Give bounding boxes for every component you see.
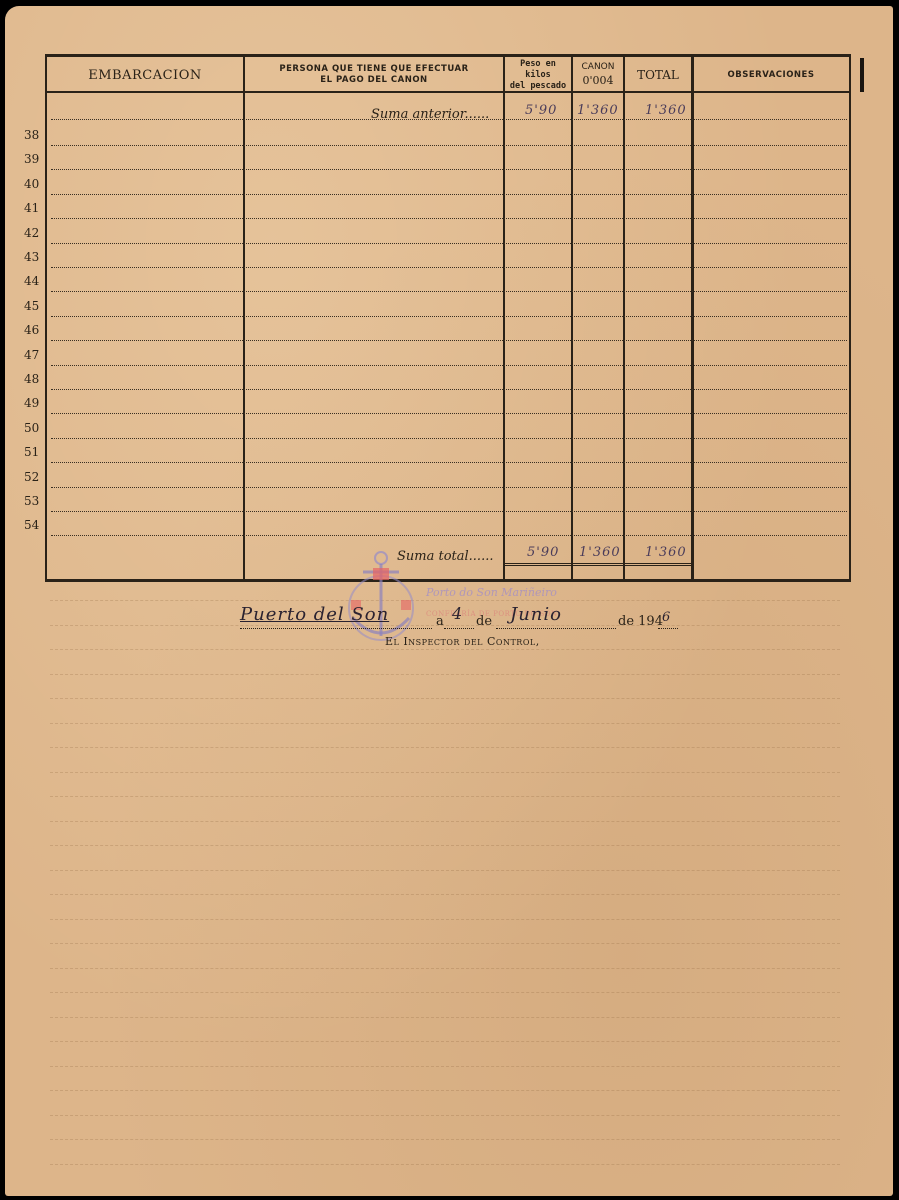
col-divider (623, 57, 625, 579)
row-number: 49 (24, 396, 44, 410)
faint-ruled-line (50, 1139, 840, 1140)
row-number: 44 (24, 274, 44, 288)
faint-ruled-line (50, 600, 840, 601)
table-row (51, 169, 847, 170)
faint-ruled-line (50, 1115, 840, 1116)
table-row (51, 438, 847, 439)
table-row (51, 389, 847, 390)
faint-ruled-line (50, 943, 840, 944)
faint-ruled-line (50, 1090, 840, 1091)
faint-ruled-line (50, 1041, 840, 1042)
suma-anterior-canon: 1'360 (577, 103, 619, 118)
canon-table: EMBARCACION PERSONA QUE TIENE QUE EFECTU… (45, 54, 851, 582)
faint-ruled-line (50, 870, 840, 871)
row-number: 41 (24, 201, 44, 215)
row-number: 51 (24, 445, 44, 459)
suma-anterior-peso: 5'90 (525, 103, 557, 118)
header-peso-line2: del pescado (510, 81, 566, 91)
row-number: 46 (24, 323, 44, 337)
header-peso: Peso en kilosdel pescado (505, 59, 571, 91)
header-persona-line1: PERSONA QUE TIENE QUE EFECTUAR (279, 64, 468, 74)
place-dotted-line (240, 628, 432, 629)
row-number: 48 (24, 372, 44, 386)
row-number: 38 (24, 128, 44, 142)
header-total: TOTAL (625, 59, 691, 91)
month-handwritten: Junio (510, 604, 562, 625)
header-persona: PERSONA QUE TIENE QUE EFECTUAREL PAGO DE… (245, 59, 503, 91)
table-row (51, 218, 847, 219)
table-row (51, 487, 847, 488)
faint-ruled-line (50, 772, 840, 773)
de-label: de (476, 614, 492, 629)
year-handwritten: 6 (662, 610, 671, 625)
header-canon: CANON0'004 (573, 59, 623, 91)
table-row (51, 145, 847, 146)
faint-ruled-line (50, 894, 840, 895)
faint-ruled-line (50, 992, 840, 993)
col-divider (503, 57, 505, 579)
row-number: 50 (24, 421, 44, 435)
faint-ruled-line (50, 796, 840, 797)
row-number: 45 (24, 299, 44, 313)
table-row (51, 194, 847, 195)
row-number: 47 (24, 348, 44, 362)
table-row (51, 243, 847, 244)
table-row (51, 316, 847, 317)
table-row (51, 413, 847, 414)
faint-ruled-line (50, 625, 840, 626)
day-dotted-line (444, 628, 474, 629)
header-canon-line1: CANON (582, 62, 615, 72)
year-dotted-line (658, 628, 678, 629)
table-row (51, 511, 847, 512)
col-divider (571, 57, 573, 579)
anchor-stamp-icon (345, 548, 421, 644)
total-underline (505, 563, 691, 566)
faint-ruled-line (50, 821, 840, 822)
col-divider (693, 57, 694, 579)
col-divider (243, 57, 245, 579)
faint-ruled-line (50, 747, 840, 748)
row-number: 39 (24, 152, 44, 166)
month-dotted-line (496, 628, 616, 629)
faint-ruled-line (50, 649, 840, 650)
faint-ruled-line (50, 1066, 840, 1067)
place-handwritten: Puerto del Son (240, 604, 389, 625)
header-peso-line1: Peso en kilos (520, 59, 556, 80)
inspector-label: El Inspector del Control, (385, 635, 540, 648)
table-row (51, 535, 847, 536)
header-observaciones: OBSERVACIONES (693, 59, 849, 91)
faint-ruled-line (50, 845, 840, 846)
header-divider (47, 91, 849, 93)
stamp-title: Porto do Son Mariñeiro (426, 586, 557, 599)
header-persona-line2: EL PAGO DEL CANON (320, 75, 427, 85)
faint-ruled-line (50, 919, 840, 920)
row-number: 53 (24, 494, 44, 508)
suma-anterior-total: 1'360 (645, 103, 687, 118)
header-embarcacion: EMBARCACION (47, 59, 243, 91)
row-number: 52 (24, 470, 44, 484)
edge-mark (860, 58, 864, 92)
day-handwritten: 4 (452, 604, 463, 623)
a-label: a (436, 614, 444, 629)
row-number: 43 (24, 250, 44, 264)
table-row (51, 340, 847, 341)
faint-ruled-line (50, 968, 840, 969)
table-row (51, 365, 847, 366)
header-canon-rate: 0'004 (582, 74, 613, 87)
faint-ruled-line (50, 674, 840, 675)
suma-total-peso: 5'90 (527, 545, 559, 560)
table-row (51, 462, 847, 463)
suma-total-canon: 1'360 (579, 545, 621, 560)
suma-anterior-line (51, 119, 847, 120)
faint-ruled-line (50, 1164, 840, 1165)
faint-ruled-line (50, 723, 840, 724)
suma-total-total: 1'360 (645, 545, 687, 560)
faint-ruled-line (50, 698, 840, 699)
table-row (51, 267, 847, 268)
table-row (51, 291, 847, 292)
faint-ruled-line (50, 1017, 840, 1018)
row-number: 54 (24, 518, 44, 532)
row-number: 40 (24, 177, 44, 191)
row-number: 42 (24, 226, 44, 240)
year-prefix: de 194 (618, 614, 663, 629)
